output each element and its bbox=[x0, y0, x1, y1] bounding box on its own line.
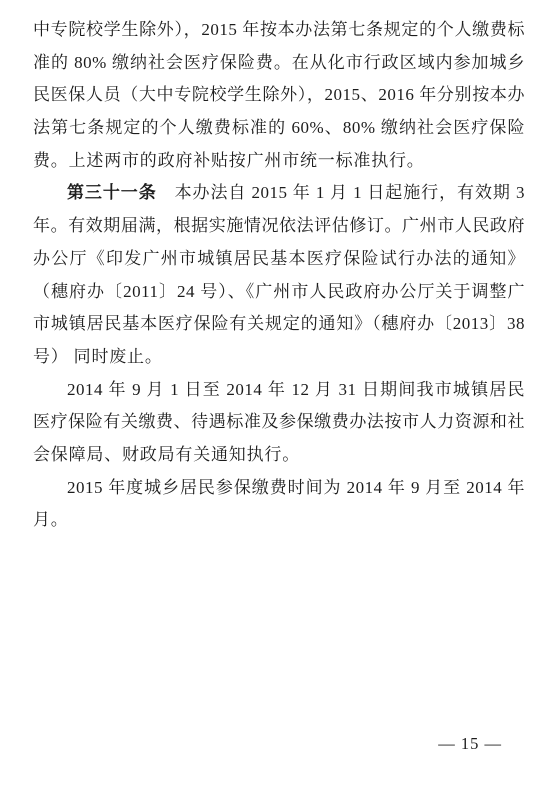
paragraph: 2015 年度城乡居民参保缴费时间为 2014 年 9 月至 2014 年 12… bbox=[33, 472, 525, 537]
text-line: 号） 同时废止。 bbox=[33, 341, 525, 374]
document-body: 中专院校学生除外），2015 年按本办法第七条规定的个人缴费标准的 80% 缴纳… bbox=[33, 14, 525, 537]
text-line: 第三十一条 本办法自 2015 年 1 月 1 日起施行，有效期 3 bbox=[33, 177, 525, 210]
text-line: 民医保人员（大中专院校学生除外），2015、2016 年分别按本办 bbox=[33, 79, 525, 112]
text-line: 2014 年 9 月 1 日至 2014 年 12 月 31 日期间我市城镇居民… bbox=[33, 374, 525, 407]
text-line: 2015 年度城乡居民参保缴费时间为 2014 年 9 月至 2014 年 12 bbox=[33, 472, 525, 505]
article-number: 第三十一条 bbox=[67, 183, 157, 202]
text-line: 中专院校学生除外），2015 年按本办法第七条规定的个人缴费标 bbox=[33, 14, 525, 47]
paragraph: 中专院校学生除外），2015 年按本办法第七条规定的个人缴费标准的 80% 缴纳… bbox=[33, 14, 525, 177]
text-line: （穗府办〔2011〕24 号）、《广州市人民政府办公厅关于调整广州 bbox=[33, 276, 525, 309]
paragraph: 第三十一条 本办法自 2015 年 1 月 1 日起施行，有效期 3年。有效期届… bbox=[33, 177, 525, 373]
page-number: — 15 — bbox=[438, 734, 502, 753]
text-line: 费。上述两市的政府补贴按广州市统一标准执行。 bbox=[33, 145, 525, 178]
text-line: 准的 80% 缴纳社会医疗保险费。在从化市行政区域内参加城乡居 bbox=[33, 47, 525, 80]
text-line: 医疗保险有关缴费、待遇标准及参保缴费办法按市人力资源和社 bbox=[33, 406, 525, 439]
text-line: 月。 bbox=[33, 504, 525, 537]
page-footer: — 15 — bbox=[438, 734, 502, 754]
text-line: 年。有效期届满，根据实施情况依法评估修订。广州市人民政府 bbox=[33, 210, 525, 243]
text-line: 办公厅《印发广州市城镇居民基本医疗保险试行办法的通知》 bbox=[33, 243, 525, 276]
paragraph: 2014 年 9 月 1 日至 2014 年 12 月 31 日期间我市城镇居民… bbox=[33, 374, 525, 472]
text-line: 市城镇居民基本医疗保险有关规定的通知》（穗府办〔2013〕38 bbox=[33, 308, 525, 341]
document-page: 中专院校学生除外），2015 年按本办法第七条规定的个人缴费标准的 80% 缴纳… bbox=[0, 0, 559, 796]
text-line: 法第七条规定的个人缴费标准的 60%、80% 缴纳社会医疗保险 bbox=[33, 112, 525, 145]
text-line: 会保障局、财政局有关通知执行。 bbox=[33, 439, 525, 472]
